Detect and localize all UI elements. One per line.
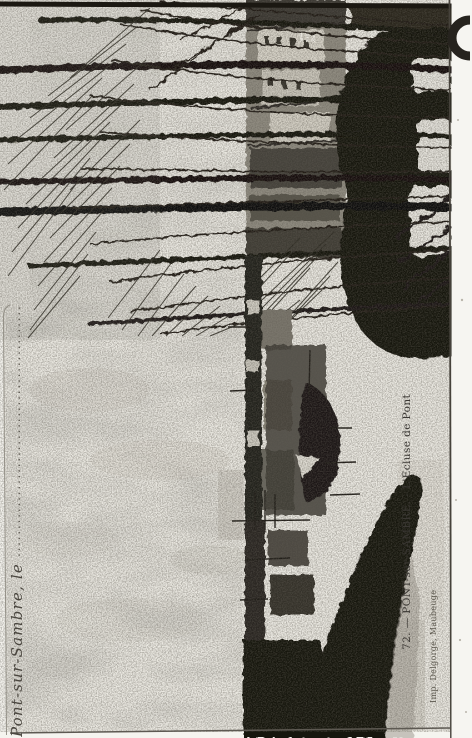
- dateline-dotted-line: ........................................…: [9, 307, 23, 557]
- postcard-scan: { "postcard": { "dateline": { "text": "P…: [0, 0, 472, 738]
- halftone-grain: [0, 0, 450, 732]
- dateline-script: Pont-sur-Sambre, le ....................…: [8, 307, 32, 737]
- printer-imprint: Imp. Delgorge, Maubeuge: [429, 581, 441, 703]
- dateline-text: Pont-sur-Sambre, le: [8, 563, 26, 737]
- photo-caption: 72. — PONT-sur-SAMBRE. - L'Ecluse de Pon…: [401, 384, 417, 650]
